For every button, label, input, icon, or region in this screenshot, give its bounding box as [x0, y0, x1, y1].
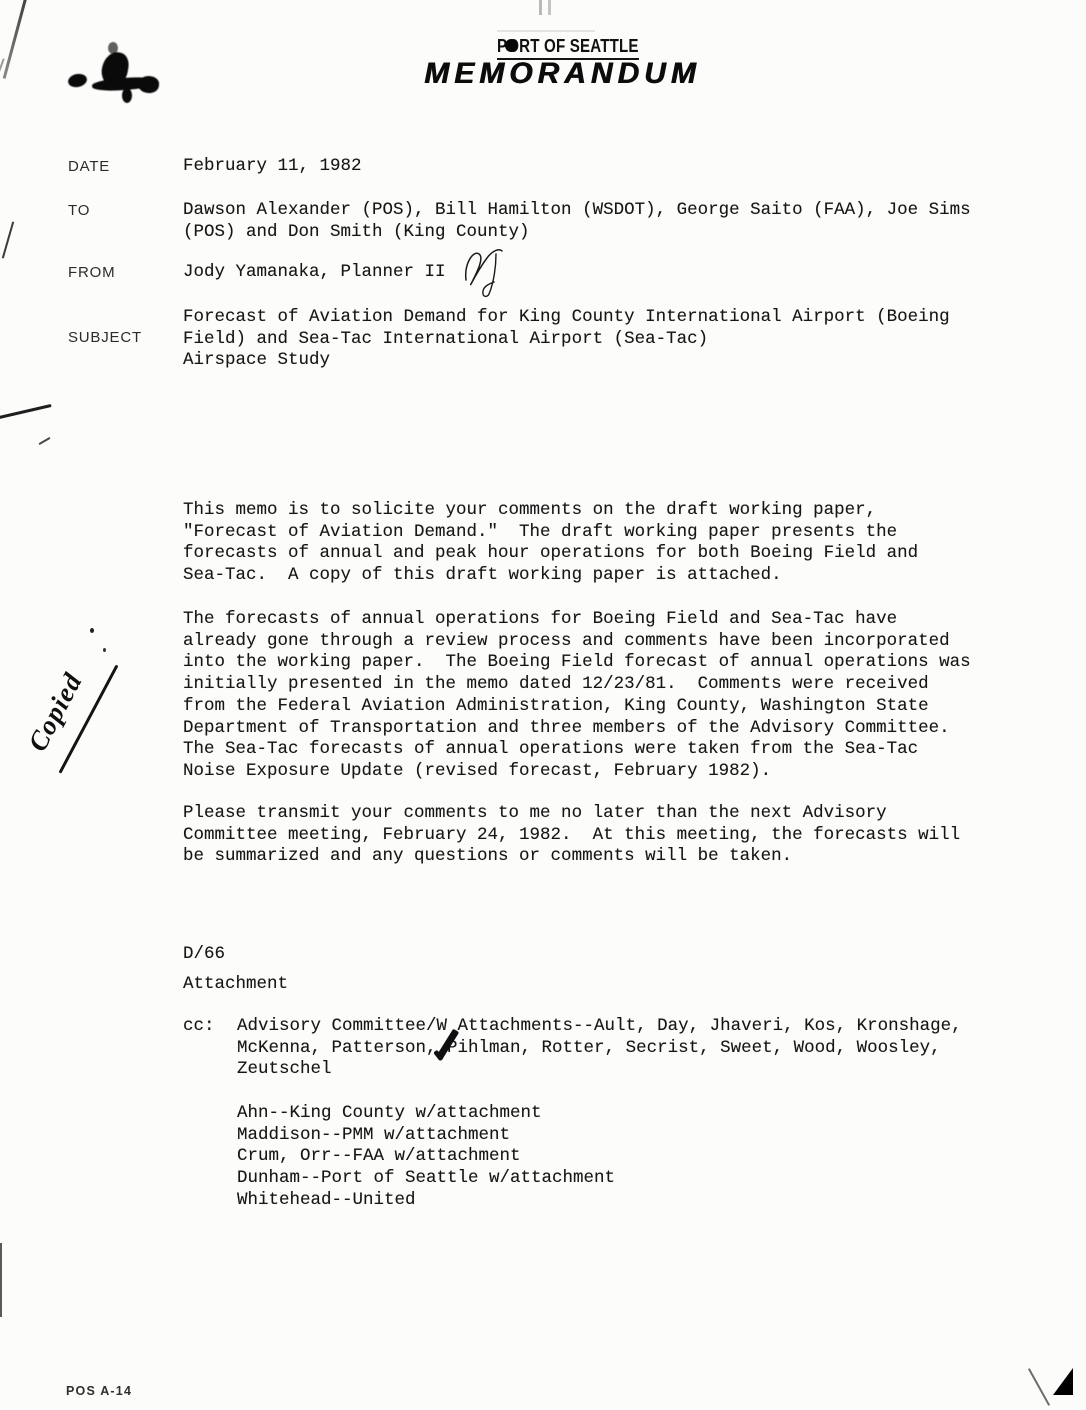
fold-mark	[539, 0, 542, 15]
ink-dot	[103, 648, 106, 652]
form-number: POS A-14	[66, 1384, 132, 1398]
body-paragraph-2: The forecasts of annual operations for B…	[183, 609, 971, 783]
from-label: FROM	[68, 264, 115, 281]
body-paragraph-3: Please transmit your comments to me no l…	[183, 803, 960, 868]
margin-slash-mark	[2, 221, 14, 258]
date-label: DATE	[68, 158, 110, 175]
photocopy-streak	[1028, 1368, 1050, 1406]
ink-blot	[62, 46, 172, 106]
cc-label: cc:	[183, 1016, 215, 1038]
photocopy-streak	[0, 1243, 2, 1317]
photocopy-streak	[3, 0, 29, 79]
body-paragraph-1: This memo is to solicite your comments o…	[183, 500, 918, 587]
from-value: Jody Yamanaka, Planner II	[183, 262, 446, 284]
handwritten-initials	[461, 244, 513, 300]
subject-value: Forecast of Aviation Demand for King Cou…	[183, 307, 950, 372]
date-value: February 11, 1982	[183, 156, 362, 178]
to-value: Dawson Alexander (POS), Bill Hamilton (W…	[183, 200, 971, 243]
cc-advisory-committee-list: Advisory Committee/W Attachments--Ault, …	[237, 1016, 962, 1081]
reference-code: D/66	[183, 944, 225, 966]
attachment-note: Attachment	[183, 974, 288, 996]
memo-page: PORT OF SEATTLE MEMORANDUM DATE February…	[0, 0, 1086, 1410]
handwritten-copied-note: Copied	[22, 668, 89, 757]
ink-dot	[90, 628, 94, 633]
cc-individuals-list: Ahn--King County w/attachment Maddison--…	[237, 1103, 615, 1212]
corner-fold-triangle	[1053, 1368, 1073, 1395]
ink-filled-letter	[505, 39, 517, 52]
margin-tick-mark	[38, 437, 50, 445]
memo-title: MEMORANDUM	[424, 57, 701, 91]
fold-mark	[548, 0, 551, 15]
subject-label: SUBJECT	[68, 329, 142, 346]
fold-crease-line	[497, 30, 595, 32]
margin-dash-mark	[0, 404, 52, 419]
to-label: TO	[68, 202, 90, 219]
